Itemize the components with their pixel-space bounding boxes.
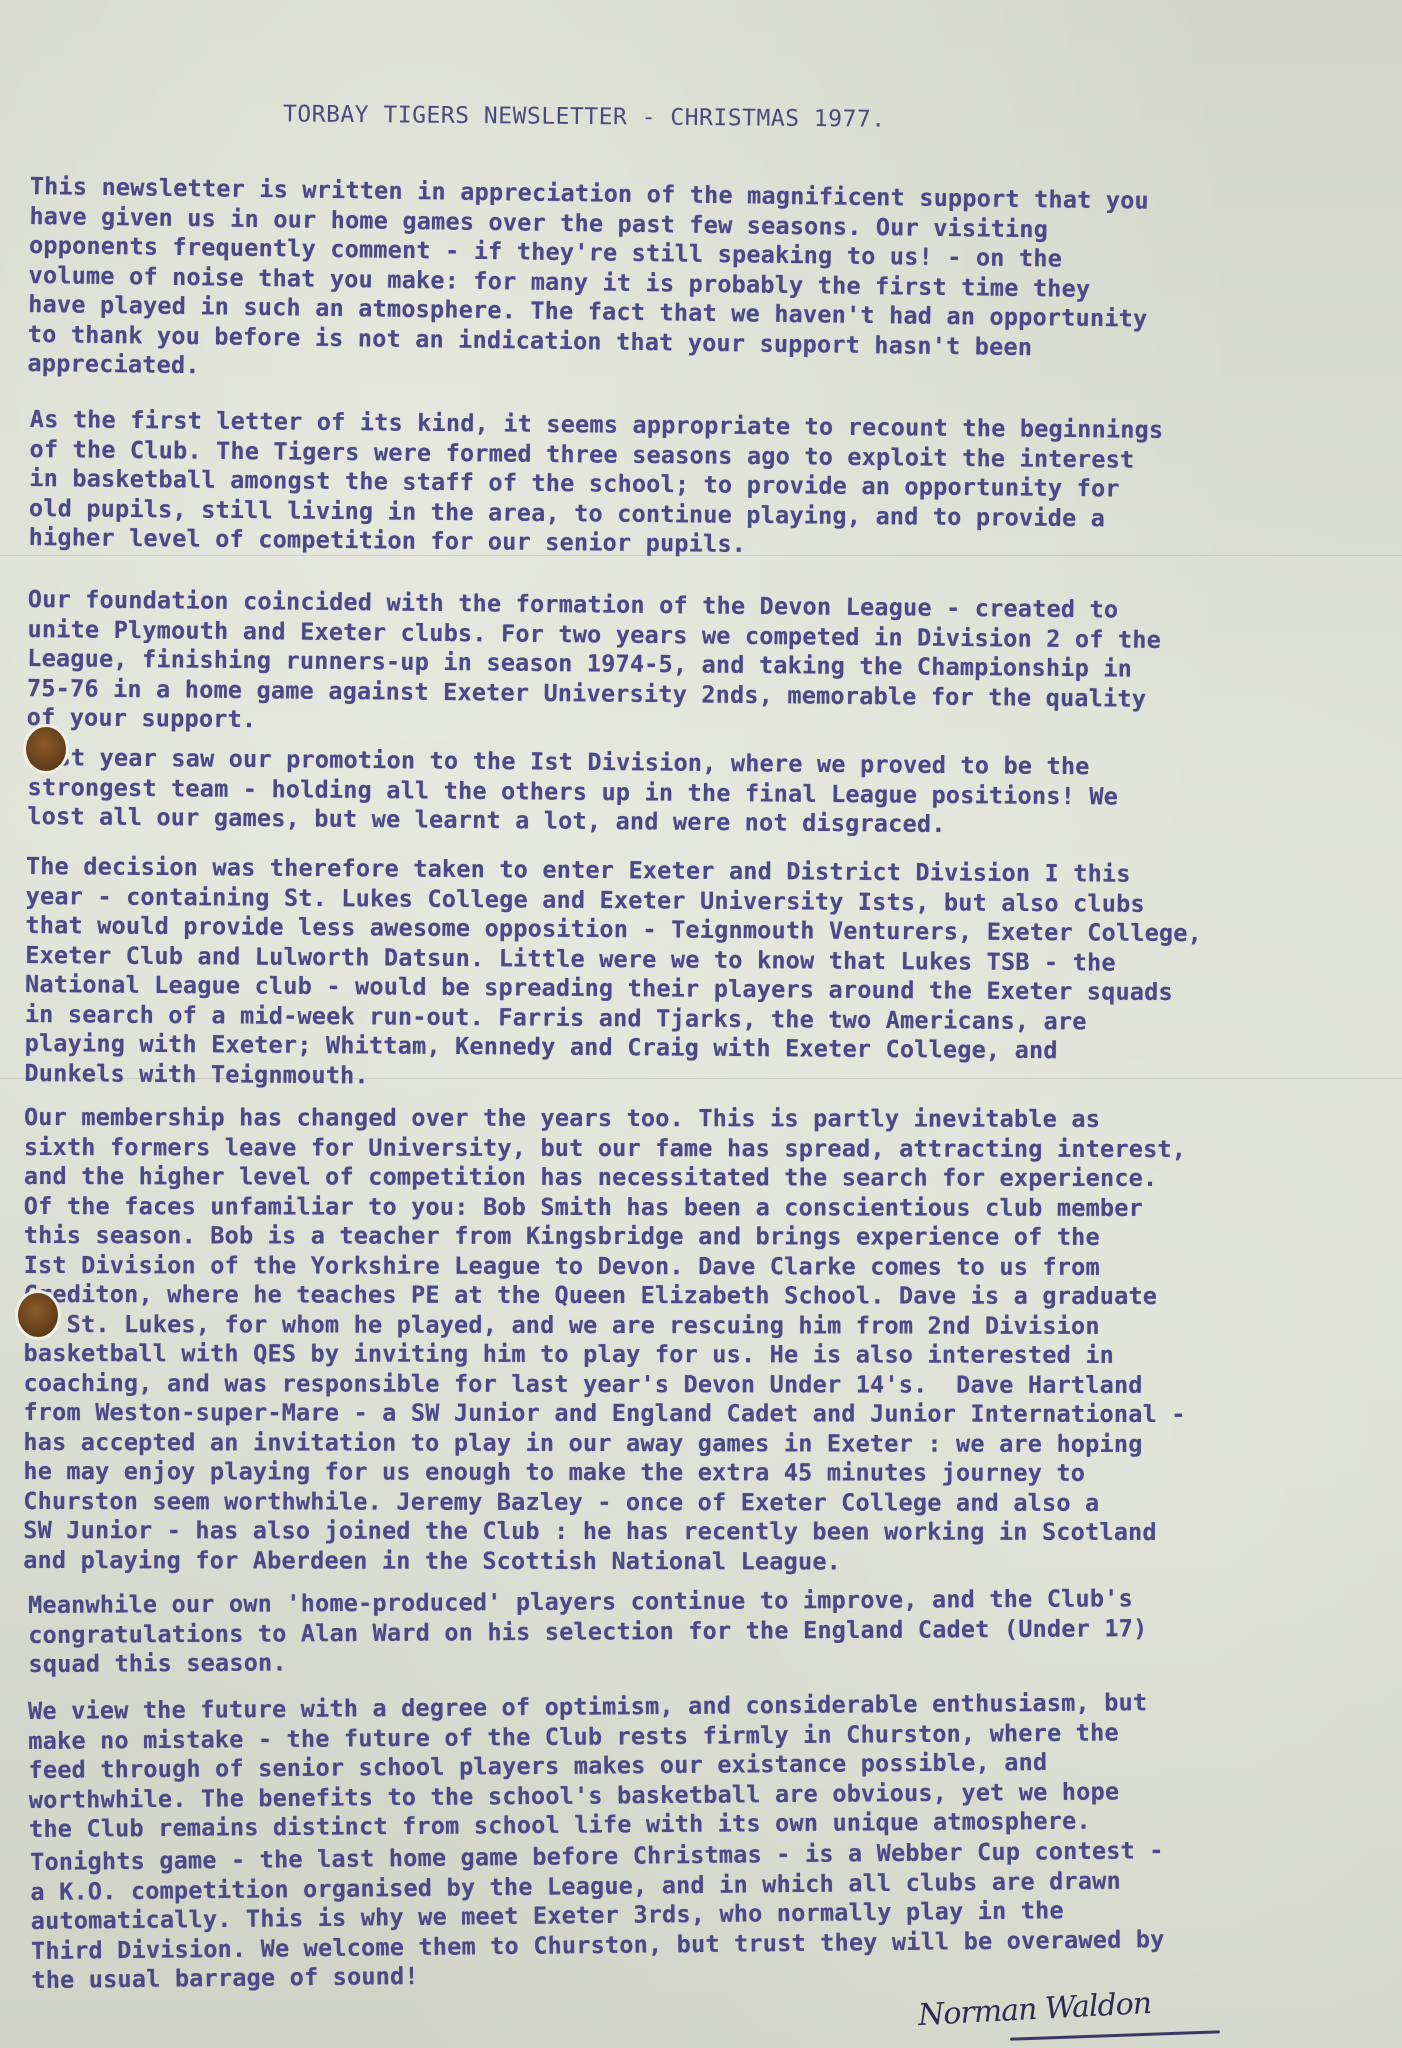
text-line: from Weston-super-Mare - a SW Junior and… — [23, 1398, 1363, 1430]
paragraph-tonights-game: Tonights game - the last home game befor… — [30, 1834, 1371, 1996]
text-line: and playing for Aberdeen in the Scottish… — [23, 1545, 1363, 1577]
text-line: Of the faces unfamiliar to you: Bob Smit… — [24, 1191, 1364, 1223]
paragraph-home-produced: Meanwhile our own 'home-produced' player… — [28, 1583, 1369, 1680]
text-line: this season. Bob is a teacher from Kings… — [24, 1221, 1364, 1253]
text-line: sixth formers leave for University, but … — [24, 1133, 1364, 1165]
handwritten-signature: Norman Waldon — [917, 1986, 1152, 2033]
text-line: Ist Division of the Yorkshire League to … — [24, 1250, 1364, 1282]
newsletter-title: TORBAY TIGERS NEWSLETTER - CHRISTMAS 197… — [283, 101, 886, 132]
newsletter-page: TORBAY TIGERS NEWSLETTER - CHRISTMAS 197… — [0, 0, 1402, 2048]
paragraph-future: We view the future with a degree of opti… — [28, 1686, 1369, 1844]
text-line: he may enjoy playing for us enough to ma… — [23, 1457, 1363, 1489]
paragraph-intro: This newsletter is written in appreciati… — [27, 172, 1370, 396]
punch-hole — [18, 1293, 58, 1337]
text-line: basketball with QES by inviting him to p… — [24, 1339, 1364, 1371]
text-line: Churston seem worthwhile. Jeremy Bazley … — [23, 1486, 1363, 1518]
paragraph-division-decision: The decision was therefore taken to ente… — [24, 852, 1366, 1097]
signature-underline — [1010, 2030, 1220, 2040]
paragraph-membership: Our membership has changed over the year… — [23, 1103, 1364, 1577]
punch-hole — [26, 727, 66, 771]
paragraph-club-beginnings: As the first letter of its kind, it seem… — [29, 405, 1370, 565]
text-line: SW Junior - has also joined the Club : h… — [23, 1516, 1363, 1548]
text-line: Crediton, where he teaches PE at the Que… — [24, 1280, 1364, 1312]
text-line: Our membership has changed over the year… — [24, 1103, 1364, 1135]
text-line: of St. Lukes, for whom he played, and we… — [24, 1309, 1364, 1341]
text-line: coaching, and was responsible for last y… — [23, 1368, 1363, 1400]
text-line: has accepted an invitation to play in ou… — [23, 1427, 1363, 1459]
paragraph-foundation: Our foundation coincided with the format… — [27, 585, 1368, 745]
paragraph-promotion: Last year saw our promotion to the Ist D… — [27, 743, 1368, 843]
text-line: and the higher level of competition has … — [24, 1162, 1364, 1194]
